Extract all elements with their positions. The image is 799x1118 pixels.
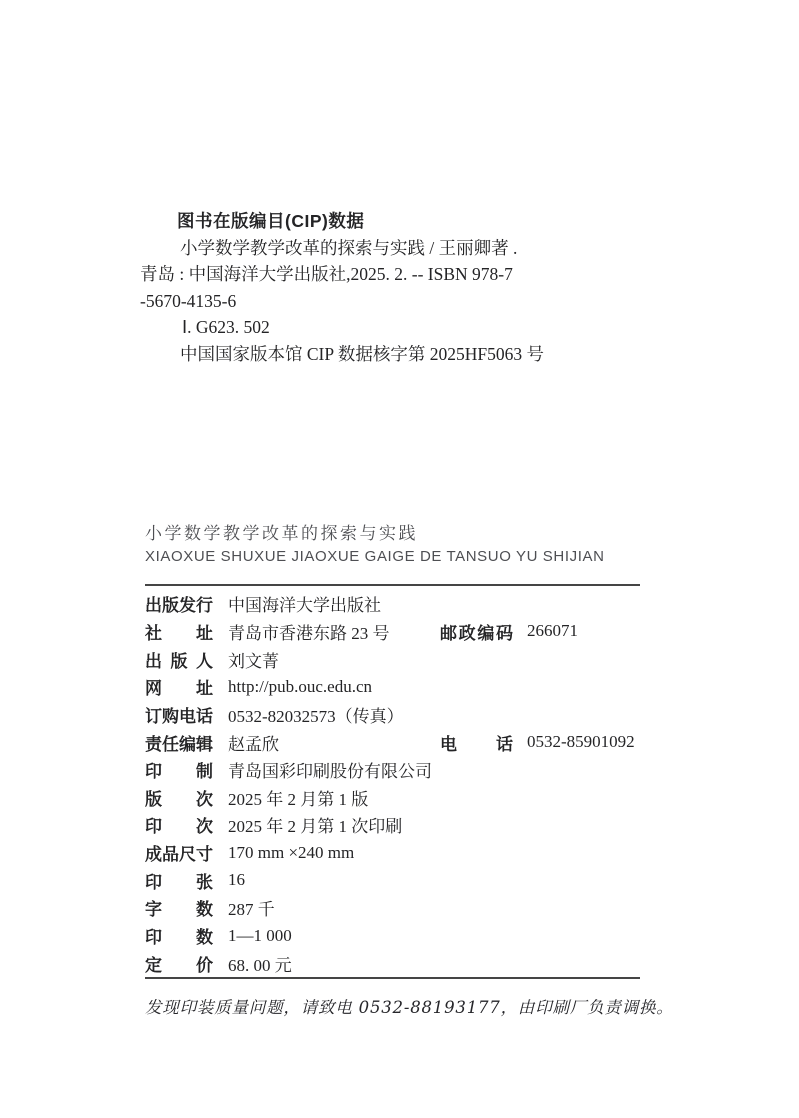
colophon-row: 网址 http://pub.ouc.edu.cn <box>145 673 765 701</box>
colophon-row-label: 责任编辑 <box>145 730 213 755</box>
divider-top <box>145 584 640 586</box>
colophon-row-value: 287 千 <box>228 895 275 920</box>
colophon-row-label: 印张 <box>145 868 213 893</box>
colophon-row-label: 社址 <box>145 619 213 644</box>
colophon-row: 字数 287 千 <box>145 894 765 922</box>
colophon-row-value: http://pub.ouc.edu.cn <box>228 677 372 697</box>
cip-line-isbn-continued: -5670-4135-6 <box>140 288 544 315</box>
colophon-row-right-label: 邮政编码 <box>440 619 513 644</box>
divider-bottom <box>145 977 640 979</box>
colophon-row-value: 青岛国彩印刷股份有限公司 <box>228 757 432 782</box>
colophon-row-label: 版次 <box>145 785 213 810</box>
book-title-chinese: 小学数学教学改革的探索与实践 <box>145 519 418 544</box>
colophon-row: 印制 青岛国彩印刷股份有限公司 <box>145 756 765 784</box>
colophon-row-right-column: 电话 0532-85901092 <box>440 728 635 756</box>
colophon-row: 印张 16 <box>145 866 765 894</box>
colophon-row-label: 出版人 <box>145 647 213 672</box>
colophon-row-value: 中国海洋大学出版社 <box>228 591 381 616</box>
cip-block: 图书在版编目(CIP)数据 小学数学教学改革的探索与实践 / 王丽卿著 . 青岛… <box>140 208 544 367</box>
colophon-row-value: 刘文菁 <box>228 647 279 672</box>
colophon-row: 印数 1—1 000 <box>145 922 765 950</box>
colophon-row: 社址 青岛市香港东路 23 号 邮政编码 266071 <box>145 618 765 646</box>
colophon-row-value: 16 <box>228 870 245 890</box>
colophon-row: 责任编辑 赵孟欣 电话 0532-85901092 <box>145 728 765 756</box>
colophon-row-label: 字数 <box>145 895 213 920</box>
colophon-row-value: 1—1 000 <box>228 926 292 946</box>
colophon-row-value: 2025 年 2 月第 1 版 <box>228 785 368 810</box>
colophon-row: 订购电话 0532-82032573（传真） <box>145 701 765 729</box>
colophon-row-value: 170 mm ×240 mm <box>228 843 354 863</box>
copyright-page: 图书在版编目(CIP)数据 小学数学教学改革的探索与实践 / 王丽卿著 . 青岛… <box>0 0 799 1118</box>
colophon-row-label: 出版发行 <box>145 591 213 616</box>
colophon-row-label: 印制 <box>145 757 213 782</box>
cip-line-record-number: 中国国家版本馆 CIP 数据核字第 2025HF5063 号 <box>140 341 544 368</box>
colophon-row-right-value: 266071 <box>527 621 578 641</box>
cip-heading: 图书在版编目(CIP)数据 <box>140 208 544 235</box>
colophon-row-label: 印数 <box>145 923 213 948</box>
cip-line-publisher-isbn: 青岛 : 中国海洋大学出版社,2025. 2. -- ISBN 978-7 <box>140 261 544 288</box>
book-title-pinyin: XIAOXUE SHUXUE JIAOXUE GAIGE DE TANSUO Y… <box>145 548 605 565</box>
colophon-row: 印次 2025 年 2 月第 1 次印刷 <box>145 811 765 839</box>
colophon-row-value: 青岛市香港东路 23 号 <box>228 619 390 644</box>
colophon-row-right-label: 电话 <box>440 730 513 755</box>
colophon-row-right-column: 邮政编码 266071 <box>440 618 578 646</box>
colophon-row-value: 赵孟欣 <box>228 730 279 755</box>
colophon-row: 定价 68. 00 元 <box>145 949 765 977</box>
colophon-row: 版次 2025 年 2 月第 1 版 <box>145 783 765 811</box>
cip-line-classification: Ⅰ. G623. 502 <box>140 314 544 341</box>
colophon-row-label: 网址 <box>145 674 213 699</box>
colophon-row: 出版发行 中国海洋大学出版社 <box>145 590 765 618</box>
colophon-row-value: 2025 年 2 月第 1 次印刷 <box>228 812 402 837</box>
colophon-row-right-value: 0532-85901092 <box>527 732 635 752</box>
colophon-row-label: 成品尺寸 <box>145 840 213 865</box>
colophon-row-value: 68. 00 元 <box>228 951 292 976</box>
colophon-row: 成品尺寸 170 mm ×240 mm <box>145 839 765 867</box>
colophon-row-label: 定价 <box>145 951 213 976</box>
print-quality-note: 发现印装质量问题，请致电 0532-88193177，由印刷厂负责调换。 <box>145 994 674 1018</box>
colophon-rows: 出版发行 中国海洋大学出版社 社址 青岛市香港东路 23 号 邮政编码 2660… <box>145 590 765 977</box>
colophon-row: 出版人 刘文菁 <box>145 645 765 673</box>
cip-line-title-author: 小学数学教学改革的探索与实践 / 王丽卿著 . <box>140 235 544 262</box>
colophon-row-label: 订购电话 <box>145 702 213 727</box>
colophon-row-value: 0532-82032573（传真） <box>228 702 404 727</box>
colophon-row-label: 印次 <box>145 812 213 837</box>
